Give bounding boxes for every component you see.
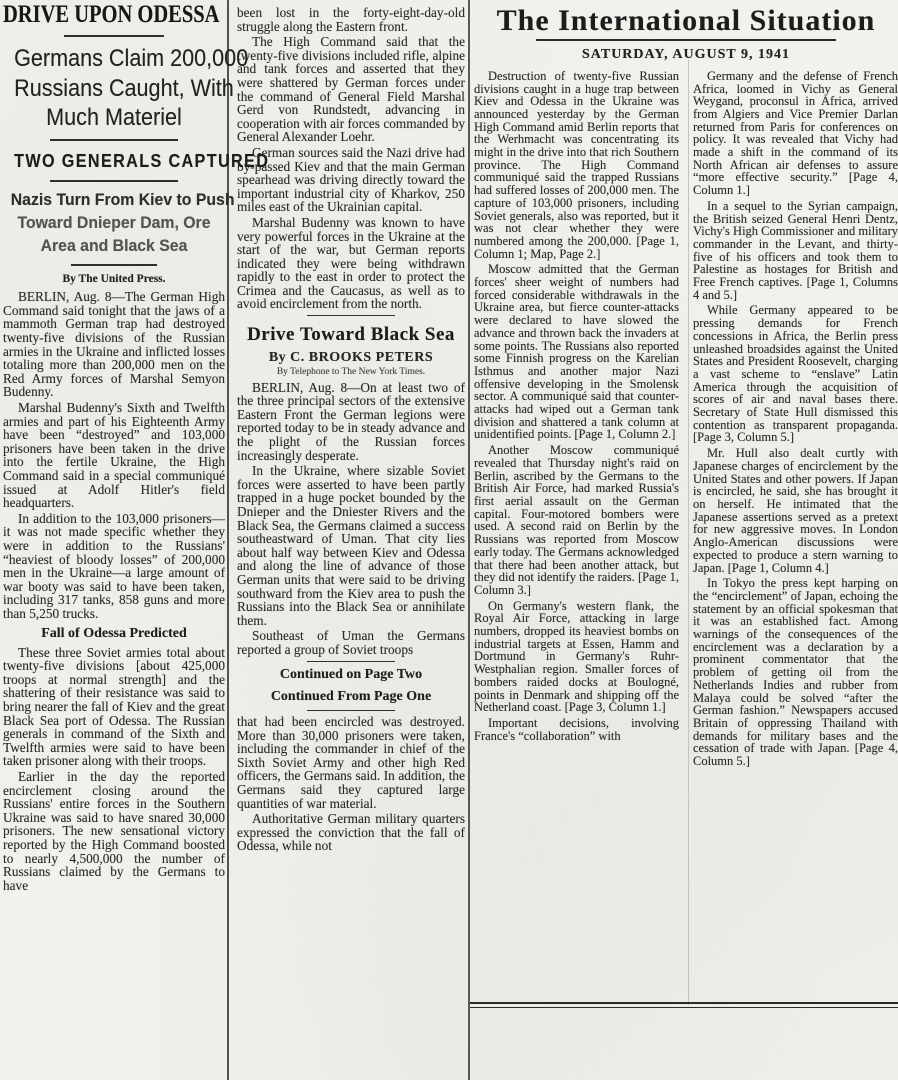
newspaper-page: DRIVE UPON ODESSA Germans Claim 200,000 … <box>0 0 898 1080</box>
paragraph: The High Command said that the twenty-fi… <box>237 35 465 144</box>
summary-columns: Destruction of twenty-five Russian divis… <box>474 70 898 995</box>
summary-body: Germany and the defense of French Africa… <box>693 70 898 768</box>
dateline: SATURDAY, AUGUST 9, 1941 <box>474 47 898 64</box>
summary-column-left: Destruction of twenty-five Russian divis… <box>474 70 679 995</box>
divider-rule <box>307 710 395 711</box>
article-body: that had been encircled was destroyed. M… <box>237 715 465 853</box>
paragraph: Mr. Hull also dealt curtly with Japanese… <box>693 447 898 574</box>
paragraph: While Germany appeared to be pressing de… <box>693 304 898 444</box>
divider-rule <box>50 180 178 182</box>
credit-line: By Telephone to The New York Times. <box>237 366 465 378</box>
byline-c-brooks-peters: By C. BROOKS PETERS <box>237 349 465 367</box>
paragraph: Germany and the defense of French Africa… <box>693 70 898 197</box>
paragraph: In Tokyo the press kept harping on the “… <box>693 577 898 768</box>
paragraph: Southeast of Uman the Germans reported a… <box>237 629 465 656</box>
divider-rule <box>307 315 395 316</box>
kicker-two-generals-captured: TWO GENERALS CAPTURED <box>14 151 214 173</box>
byline-united-press: By The United Press. <box>3 273 225 287</box>
divider-rule <box>64 35 164 37</box>
subheadline-line: Russians Caught, With <box>14 74 214 103</box>
article-drive-upon-odessa: DRIVE UPON ODESSA Germans Claim 200,000 … <box>3 2 225 894</box>
article-continuation-column: been lost in the forty-eight-day-old str… <box>237 6 465 855</box>
paragraph: BERLIN, Aug. 8—The German High Command s… <box>3 290 225 399</box>
paragraph: Moscow admitted that the German forces' … <box>474 263 679 441</box>
paragraph: BERLIN, Aug. 8—On at least two of the th… <box>237 381 465 463</box>
paragraph: In the Ukraine, where sizable Soviet for… <box>237 464 465 627</box>
paragraph: that had been encircled was destroyed. M… <box>237 715 465 810</box>
paragraph: Earlier in the day the reported encircle… <box>3 770 225 892</box>
paragraph: Destruction of twenty-five Russian divis… <box>474 70 679 261</box>
continued-on-notice: Continued on Page Two <box>237 666 465 684</box>
article-body: been lost in the forty-eight-day-old str… <box>237 6 465 311</box>
title-underline <box>536 39 836 41</box>
section-title: The International Situation <box>474 4 898 37</box>
headline: DRIVE UPON ODESSA <box>3 2 185 28</box>
paragraph: Marshal Budenny's Sixth and Twelfth armi… <box>3 401 225 510</box>
paragraph: On Germany's western flank, the Royal Ai… <box>474 600 679 714</box>
section-end-rule <box>470 1002 898 1008</box>
paragraph: In a sequel to the Syrian campaign, the … <box>693 200 898 302</box>
subheadline-line: Germans Claim 200,000 <box>14 44 214 73</box>
crosshead-drive-toward-black-sea: Drive Toward Black Sea <box>237 324 465 347</box>
divider-rule <box>50 139 178 141</box>
crosshead-fall-of-odessa: Fall of Odessa Predicted <box>3 625 225 643</box>
paragraph: Important decisions, involving France's … <box>474 717 679 742</box>
paragraph: Marshal Budenny was known to have very p… <box>237 216 465 311</box>
paragraph: German sources said the Nazi drive had b… <box>237 146 465 214</box>
deck: Nazis Turn From Kiev to Push Toward Dnie… <box>3 189 225 258</box>
article-body: BERLIN, Aug. 8—On at least two of the th… <box>237 381 465 657</box>
deck-line: Nazis Turn From Kiev to Push <box>11 189 217 212</box>
column-divider <box>468 0 470 1080</box>
deck-line: Toward Dnieper Dam, Ore <box>11 212 217 235</box>
paragraph: Another Moscow communiqué revealed that … <box>474 444 679 596</box>
divider-rule <box>71 264 157 266</box>
subheadline: Germans Claim 200,000 Russians Caught, W… <box>3 44 225 132</box>
international-situation-section: The International Situation SATURDAY, AU… <box>474 2 898 995</box>
deck-line: Area and Black Sea <box>11 235 217 258</box>
continued-from-notice: Continued From Page One <box>237 688 465 706</box>
divider-rule <box>307 661 395 662</box>
paragraph: In addition to the 103,000 prisoners—it … <box>3 512 225 621</box>
subheadline-line: Much Materiel <box>14 103 214 132</box>
summary-body: Destruction of twenty-five Russian divis… <box>474 70 679 743</box>
article-body: BERLIN, Aug. 8—The German High Command s… <box>3 290 225 892</box>
paragraph: These three Soviet armies total about tw… <box>3 646 225 768</box>
paragraph: Authoritative German military quarters e… <box>237 812 465 853</box>
paragraph: been lost in the forty-eight-day-old str… <box>237 6 465 33</box>
summary-column-right: Germany and the defense of French Africa… <box>693 70 898 995</box>
